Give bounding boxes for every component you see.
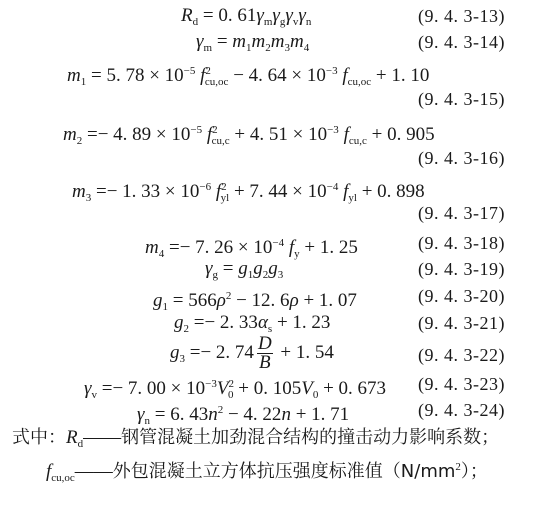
equation-9-4-3-13: Rd = 0. 61γmγgγvγn: [181, 5, 311, 33]
equation-number: (9. 4. 3-19): [418, 259, 505, 280]
equation-number: (9. 4. 3-23): [418, 374, 505, 395]
equation-number: (9. 4. 3-15): [418, 89, 505, 110]
equation-9-4-3-17: m3 =− 1. 33 × 10−6 f2yl + 7. 44 × 10−4 f…: [72, 176, 425, 209]
equation-number: (9. 4. 3-16): [418, 148, 505, 169]
equation-number: (9. 4. 3-22): [418, 345, 505, 366]
equation-number: (9. 4. 3-21): [418, 313, 505, 334]
equation-9-4-3-22: g3 =− 2. 74DB + 1. 54: [170, 335, 334, 372]
fraction-d-over-b: DB: [257, 335, 273, 372]
equation-number: (9. 4. 3-24): [418, 400, 505, 421]
equation-number: (9. 4. 3-13): [418, 6, 505, 27]
equation-number: (9. 4. 3-18): [418, 233, 505, 254]
equation-number: (9. 4. 3-14): [418, 32, 505, 53]
equation-9-4-3-19: γg = g1g2g3: [205, 258, 283, 286]
equation-9-4-3-15: m1 = 5. 78 × 10−5 f2cu,oc − 4. 64 × 10−3…: [67, 60, 429, 93]
equation-number: (9. 4. 3-20): [418, 286, 505, 307]
definition-fcu-oc: fcu,oc——外包混凝土立方体抗压强度标准值（N/mm2）；: [46, 456, 488, 489]
equation-9-4-3-14: γm = m1m2m3m4: [196, 31, 309, 59]
definition-rd: 式中：Rd——钢管混凝土加劲混合结构的撞击动力影响系数；: [12, 427, 499, 455]
equation-9-4-3-16: m2 =− 4. 89 × 10−5 f2cu,c + 4. 51 × 10−3…: [63, 119, 435, 152]
equation-number: (9. 4. 3-17): [418, 203, 505, 224]
